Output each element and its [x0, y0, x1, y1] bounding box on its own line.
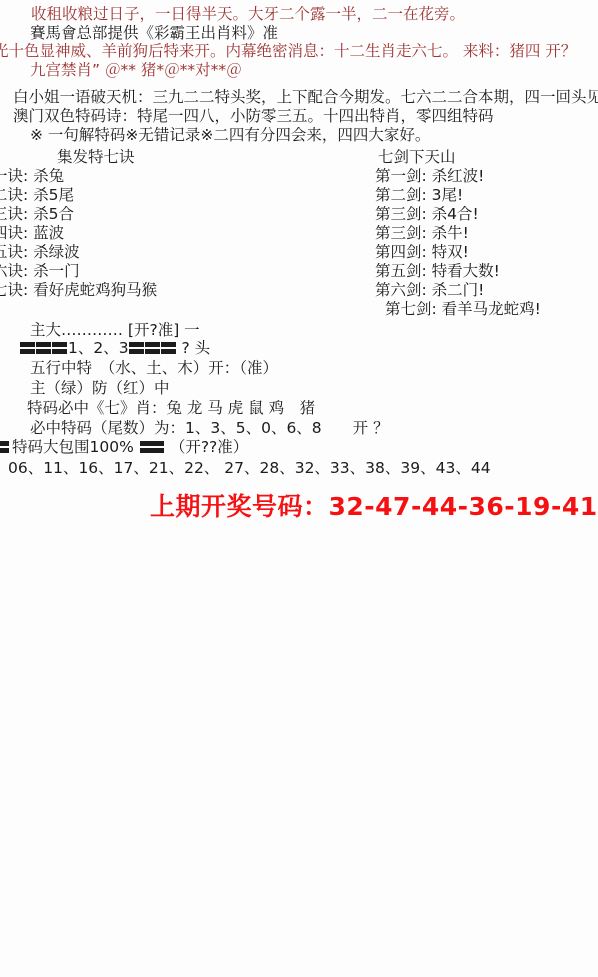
rule-item: 四诀: 蓝波 — [0, 221, 157, 240]
censored-block — [140, 441, 164, 453]
rule-item: 五诀: 杀绿波 — [0, 240, 157, 259]
sword-item: 第七剑: 看羊马龙蛇鸡! — [375, 297, 541, 316]
insider-message-line: 光十色显神威、羊前狗后特来开。内幕绝密消息：十二生肖走六七。 来料：猪四 开？ — [0, 42, 576, 60]
head-numbers-label: 1、2、3 — [68, 339, 129, 357]
lottery-tip-sheet: 收租收粮过日子，一日得半天。大牙二个露一半，二一在花旁。 賽馬會总部提供《彩霸王… — [0, 0, 598, 977]
coverage-label: 特码大包围100% — [12, 438, 134, 456]
sword-item: 第三剑: 杀牛! — [375, 221, 541, 240]
censored-block — [129, 342, 144, 354]
seven-rules-column: 集发特七诀 一诀: 杀兔 二诀: 杀5尾 三诀: 杀5合 四诀: 蓝波 五诀: … — [0, 145, 157, 297]
color-guard-line: 主（绿）防（红）中 — [30, 379, 170, 397]
censored-block — [36, 342, 51, 354]
main-big-pick-line: 主大………… [开?准] 一 — [30, 321, 200, 339]
nine-palace-ban-line: 九宫禁肖” ＠** 猪*＠**对**＠ — [30, 61, 242, 79]
sword-item: 第三剑: 杀4合! — [375, 202, 541, 221]
rule-item: 六诀: 杀一门 — [0, 259, 157, 278]
censored-blocks-line: 1、2、3 ? 头 — [20, 339, 210, 357]
head-question-label: ? 头 — [177, 339, 211, 357]
zodiac-pick-line: 特码必中《七》肖：兔 龙 马 虎 鼠 鸡 猪 — [27, 399, 315, 417]
five-elements-line: 五行中特 （水、土、木）开：（准） — [30, 359, 278, 377]
macau-poem-line: 澳门双色特码诗：特尾一四八，小防零三五。十四出特肖，零四组特码 — [13, 107, 494, 125]
censored-block — [145, 342, 160, 354]
seven-rules-title: 集发特七诀 — [0, 145, 157, 164]
censored-block — [0, 441, 9, 453]
seven-swords-title: 七剑下天山 — [375, 145, 541, 164]
seven-swords-column: 七剑下天山 第一剑: 杀红波! 第二剑: 3尾! 第三剑: 杀4合! 第三剑: … — [375, 145, 541, 316]
rule-item: 二诀: 杀5尾 — [0, 183, 157, 202]
rule-item: 三诀: 杀5合 — [0, 202, 157, 221]
headline-rent-poem: 收租收粮过日子，一日得半天。大牙二个露一半，二一在花旁。 — [31, 5, 465, 23]
coverage-line: 特码大包围100%（开??准） — [0, 438, 248, 456]
tail-number-line: 必中特码（尾数）为：1、3、5、0、6、8 开 ？ — [30, 419, 389, 437]
coverage-numbers-line: 06、11、16、17、21、22、 27、28、32、33、38、39、43、… — [8, 459, 491, 477]
miss-white-riddle-line: 白小姐一语破天机：三九二二特头奖，上下配合今期发。七六二二合本期，四一回头见 — [13, 88, 598, 106]
censored-block — [52, 342, 67, 354]
sword-item: 第五剑: 特看大数! — [375, 259, 541, 278]
one-sentence-line: ※ 一句解特码※无错记录※二四有分四会来，四四大家好。 — [30, 126, 430, 144]
sword-item: 第一剑: 杀红波! — [375, 164, 541, 183]
coverage-result-label: （开??准） — [170, 438, 248, 456]
sword-item: 第六剑: 杀二门! — [375, 278, 541, 297]
last-draw-result: 上期开奖号码：32-47-44-36-19-41+27 — [150, 487, 598, 523]
jockey-club-line: 賽馬會总部提供《彩霸王出肖料》准 — [30, 24, 278, 42]
sword-item: 第四剑: 特双! — [375, 240, 541, 259]
rule-item: 一诀: 杀兔 — [0, 164, 157, 183]
censored-block — [161, 342, 176, 354]
sword-item: 第二剑: 3尾! — [375, 183, 541, 202]
censored-block — [20, 342, 35, 354]
rule-item: 七诀: 看好虎蛇鸡狗马猴 — [0, 278, 157, 297]
